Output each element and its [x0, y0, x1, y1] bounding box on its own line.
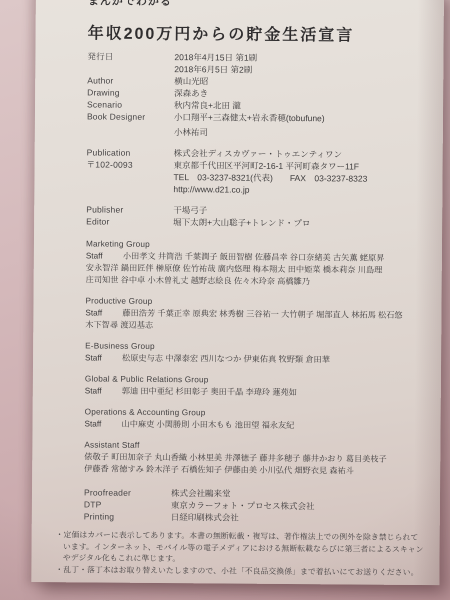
credit-label: 発行日: [87, 50, 174, 63]
staff-names: 木下智尋 渡辺基志: [85, 320, 153, 330]
credit-value: 株式会社ディスカヴァー・トゥエンティワン東京都千代田区平河町2-16-1 平河町…: [173, 147, 428, 197]
staff-line: Staff山中麻吏 小関勝則 小田木もも 池田望 福永友紀: [84, 418, 426, 433]
note-paragraph: ・乱丁・落丁本はお取り替えいたしますので、小社「不良品交換係」まで着払いにてお送…: [55, 564, 425, 578]
credit-value: 堀下太朗+大山聡子+トレンド・プロ: [173, 216, 428, 230]
credit-label-line: DTP: [84, 498, 171, 511]
series-label-cropped: まんがでわかる: [88, 0, 430, 11]
credits-bottom: Proofreader株式会社鷗来堂DTP東京カラーフォト・プロセス株式会社Pr…: [84, 486, 426, 525]
credit-label: Author: [87, 74, 174, 87]
staff-prefix: Staff: [84, 418, 121, 430]
staff-names: 庄司知世 谷中卓 小木曽礼丈 越野志絵良 佐々木玲奈 高橋雛乃: [86, 275, 310, 286]
credit-label: DTP: [84, 498, 171, 511]
staff-prefix: Staff: [86, 250, 123, 262]
credit-value-line: 日経印刷株式会社: [171, 511, 426, 525]
book-colophon-page: まんがでわかる 年収200万円からの貯金生活宣言 発行日2018年4月15日 第…: [31, 0, 444, 585]
staff-group: Marketing GroupStaff小田孝文 井筒浩 千葉潤子 飯田智樹 佐…: [86, 238, 428, 289]
credit-label-line: Editor: [86, 215, 173, 228]
credit-value-line: http://www.d21.co.jp: [173, 183, 428, 197]
credit-value: 小口翔平+三森健太+岩永香穂(tobufune): [174, 111, 429, 125]
photo-background: まんがでわかる 年収200万円からの貯金生活宣言 発行日2018年4月15日 第…: [0, 0, 450, 600]
credit-label: Drawing: [87, 86, 174, 99]
legal-notes: ・定価はカバーに表示してあります。本書の無断転載・複写は、著作権法上での例外を除…: [55, 529, 425, 578]
staff-names: 郭迪 田中亜紀 杉田彰子 奥田千晶 李瑋玲 蓮苑如: [122, 387, 297, 397]
staff-prefix: Staff: [85, 307, 122, 319]
staff-names: 安永智洋 鍋田匠伴 榊原僚 佐竹祐哉 廣内悠理 梅本翔太 田中姫菜 橋本莉奈 川…: [86, 263, 383, 274]
credit-value-line: 堀下太朗+大山聡子+トレンド・プロ: [173, 216, 428, 230]
staff-line: Staff松原史与志 中澤泰宏 西川なつか 伊東佑真 牧野類 倉田華: [85, 352, 427, 367]
credit-label: Proofreader: [84, 486, 171, 499]
staff-names: 藤田浩芳 千葉正幸 原典宏 林秀樹 三谷祐一 大竹朝子 堀部直人 林拓馬 松石悠: [122, 309, 402, 320]
note-paragraph: ・定価はカバーに表示してあります。本書の無断転載・複写は、著作権法上での例外を除…: [55, 529, 425, 566]
credits-top: 発行日2018年4月15日 第1刷2018年6月5日 第2刷Author横山光昭…: [86, 50, 429, 230]
staff-prefix: Staff: [85, 385, 122, 397]
credit-row: 発行日2018年4月15日 第1刷2018年6月5日 第2刷: [87, 50, 429, 77]
staff-group: Global & Public Relations GroupStaff郭迪 田…: [85, 373, 427, 400]
staff-names: 小田孝文 井筒浩 千葉潤子 飯田智樹 佐藤昌幸 谷口奈緒美 古矢薫 蛯原昇: [123, 252, 385, 263]
credit-label-line: Author: [87, 74, 174, 87]
book-title: 年収200万円からの貯金生活宣言: [88, 20, 430, 46]
credit-value: 2018年4月15日 第1刷2018年6月5日 第2刷: [174, 51, 429, 77]
credit-label-line: 発行日: [87, 50, 174, 63]
credit-label-line: Printing: [84, 510, 171, 523]
credit-row: Publication〒102-0093株式会社ディスカヴァー・トゥエンティワン…: [86, 146, 428, 197]
credit-label-line: Book Designer: [87, 110, 174, 123]
staff-group: Assistant Staff俵敬子 町田加奈子 丸山香織 小林里美 井澤徳子 …: [84, 439, 426, 478]
staff-names: 松原史与志 中澤泰宏 西川なつか 伊東佑真 牧野類 倉田華: [122, 354, 330, 365]
credit-label-line: 〒102-0093: [87, 158, 174, 171]
credit-label-line: Drawing: [87, 86, 174, 99]
credit-row: Book Designer小口翔平+三森健太+岩永香穂(tobufune): [87, 110, 429, 125]
main-column: まんがでわかる 年収200万円からの貯金生活宣言 発行日2018年4月15日 第…: [84, 0, 430, 525]
credit-label: [87, 125, 174, 126]
staff-groups: Marketing GroupStaff小田孝文 井筒浩 千葉潤子 飯田智樹 佐…: [84, 238, 428, 478]
credit-label: Printing: [84, 510, 171, 523]
credit-value: 日経印刷株式会社: [171, 511, 426, 525]
staff-group: Productive GroupStaff藤田浩芳 千葉正幸 原典宏 林秀樹 三…: [85, 295, 427, 334]
staff-names: 俵敬子 町田加奈子 丸山香織 小林里美 井澤徳子 藤井多穂子 藤井かおり 葛目美…: [84, 452, 387, 463]
staff-names: 伊藤香 常徳すみ 鈴木洋子 石橋佐知子 伊藤由美 小川弘代 畑野衣見 森祐斗: [84, 464, 354, 475]
credit-row: Editor堀下太朗+大山聡子+トレンド・プロ: [86, 215, 428, 230]
credit-value-line: 小林祐司: [174, 126, 429, 140]
credit-value: 小林祐司: [174, 126, 429, 140]
credit-label-line: Proofreader: [84, 486, 171, 499]
credit-label-line: Scenario: [87, 98, 174, 111]
credit-label-line: Publication: [87, 146, 174, 159]
credit-label: Editor: [86, 215, 173, 228]
credit-label: Book Designer: [87, 110, 174, 123]
credit-value-line: 小口翔平+三森健太+岩永香穂(tobufune): [174, 111, 429, 125]
credit-row: 小林祐司: [87, 125, 429, 140]
staff-names: 山中麻吏 小関勝則 小田木もも 池田望 福永友紀: [122, 420, 295, 430]
page-content: まんがでわかる 年収200万円からの貯金生活宣言 発行日2018年4月15日 第…: [31, 0, 444, 578]
staff-group: E-Business GroupStaff松原史与志 中澤泰宏 西川なつか 伊東…: [85, 340, 427, 367]
staff-group: Operations & Accounting GroupStaff山中麻吏 小…: [84, 406, 426, 433]
credit-label: Publisher: [86, 203, 173, 216]
staff-prefix: Staff: [85, 352, 122, 364]
credit-label-line: Publisher: [86, 203, 173, 216]
credit-row: Printing日経印刷株式会社: [84, 510, 426, 525]
credit-label: Scenario: [87, 98, 174, 111]
staff-line: Staff郭迪 田中亜紀 杉田彰子 奥田千晶 李瑋玲 蓮苑如: [85, 385, 427, 400]
credit-label: Publication〒102-0093: [87, 146, 174, 171]
